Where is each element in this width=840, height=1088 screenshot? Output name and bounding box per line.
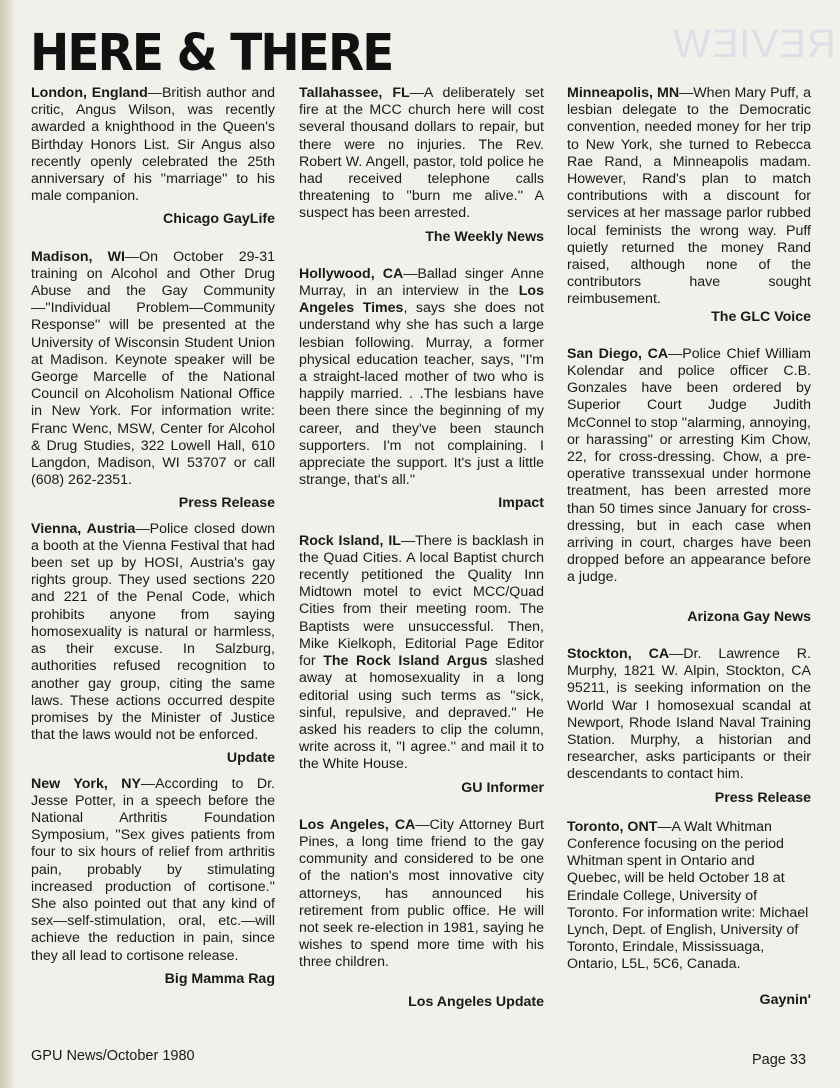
dateline: Toronto, ONT [567, 819, 657, 835]
column-3: Minneapolis, MN—When Mary Puff, a lesbia… [567, 85, 811, 1009]
dateline: London, England [31, 85, 148, 101]
em-dash: — [148, 85, 162, 101]
dateline: Stockton, CA [567, 646, 669, 662]
em-dash: — [657, 819, 671, 835]
em-dash: — [679, 85, 693, 101]
news-item-los-angeles: Los Angeles, CA—City Attorney Burt Pines… [299, 817, 544, 1011]
em-dash: — [415, 817, 429, 833]
news-item-vienna: Vienna, Austria—Police closed down a boo… [31, 521, 275, 768]
story-body: On October 29-31 training on Alcohol and… [31, 249, 275, 489]
dateline: New York, NY [31, 776, 141, 792]
story-body: A deliberately set fire at the MCC churc… [299, 85, 544, 221]
source-credit: Impact [299, 495, 544, 512]
story-body: A Walt Whitman Conference focusing on th… [567, 819, 808, 973]
story-body: According to Dr. Jesse Potter, in a spee… [31, 776, 275, 964]
source-credit: Update [31, 750, 275, 767]
news-item-san-diego: San Diego, CA—Police Chief William Kolen… [567, 346, 811, 626]
show-through-review-text: REVIEW [672, 22, 836, 67]
em-dash: — [410, 85, 424, 101]
publication-footer: GPU News/October 1980 [31, 1048, 195, 1064]
source-credit: Chicago GayLife [31, 211, 275, 228]
news-item-london: London, England—British author and criti… [31, 85, 275, 229]
source-credit: Gaynin' [567, 992, 811, 1009]
source-credit: Arizona Gay News [567, 609, 811, 626]
source-credit: Los Angeles Update [299, 994, 544, 1011]
news-item-toronto: Toronto, ONT—A Walt Whitman Conference f… [567, 819, 811, 1009]
dateline: San Diego, CA [567, 346, 668, 362]
source-credit: The GLC Voice [567, 309, 811, 326]
source-credit: Press Release [567, 790, 811, 807]
news-item-new-york: New York, NY—According to Dr. Jesse Pott… [31, 776, 275, 988]
source-credit: The Weekly News [299, 229, 544, 246]
dateline: Madison, WI [31, 249, 125, 265]
dateline: Rock Island, IL [299, 533, 401, 549]
story-body: Police closed down a booth at the Vienna… [31, 521, 275, 743]
news-item-rock-island: Rock Island, IL—There is backlash in the… [299, 533, 544, 797]
news-item-madison: Madison, WI—On October 29-31 training on… [31, 249, 275, 513]
source-credit: Big Mamma Rag [31, 971, 275, 988]
news-item-stockton: Stockton, CA—Dr. Lawrence R. Murphy, 182… [567, 646, 811, 807]
em-dash: — [141, 776, 155, 792]
story-body: Dr. Lawrence R. Murphy, 1821 W. Alpin, S… [567, 646, 811, 782]
news-item-tallahassee: Tallahassee, FL—A deliberately set fire … [299, 85, 544, 246]
story-body: British author and critic, Angus Wilson,… [31, 85, 275, 204]
dateline: Hollywood, CA [299, 266, 403, 282]
page-number: Page 33 [752, 1052, 806, 1068]
story-body: , says she does not understand why she h… [299, 300, 544, 488]
news-item-hollywood: Hollywood, CA—Ballad singer Anne Murray,… [299, 266, 544, 513]
column-2: Tallahassee, FL—A deliberately set fire … [299, 85, 544, 1011]
em-dash: — [669, 646, 683, 662]
page-binding-gutter [0, 0, 16, 1088]
em-dash: — [135, 521, 149, 537]
source-credit: GU Informer [299, 780, 544, 797]
story-body: City Attorney Burt Pines, a long time fr… [299, 817, 544, 971]
publication-name: The Rock Island Argus [323, 653, 487, 669]
column-1: London, England—British author and criti… [31, 85, 275, 988]
story-body: Police Chief William Kolendar and police… [567, 346, 811, 586]
em-dash: — [401, 533, 415, 549]
em-dash: — [125, 249, 139, 265]
news-item-minneapolis: Minneapolis, MN—When Mary Puff, a lesbia… [567, 85, 811, 326]
page-title: HERE & THERE [30, 28, 393, 79]
story-body: There is backlash in the Quad Cities. A … [299, 533, 544, 669]
story-body: slashed away at homosexuality in a long … [299, 653, 544, 772]
dateline: Minneapolis, MN [567, 85, 679, 101]
dateline: Tallahassee, FL [299, 85, 410, 101]
story-body: When Mary Puff, a lesbian delegate to th… [567, 85, 811, 307]
dateline: Los Angeles, CA [299, 817, 415, 833]
em-dash: — [668, 346, 682, 362]
em-dash: — [403, 266, 417, 282]
source-credit: Press Release [31, 495, 275, 512]
dateline: Vienna, Austria [31, 521, 135, 537]
